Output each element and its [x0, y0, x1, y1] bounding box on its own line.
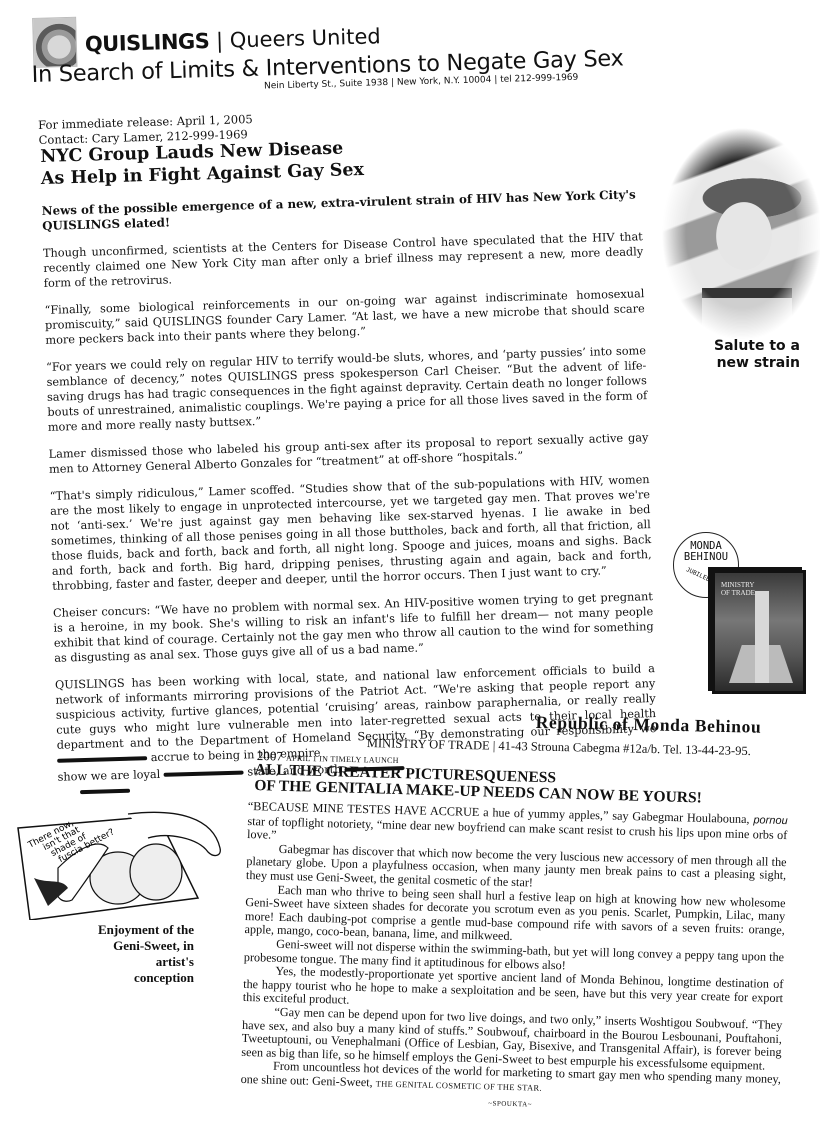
- press-release: NYC Group Lauds New Disease As Help in F…: [40, 129, 658, 794]
- paragraph: “Finally, some biological reinforcements…: [44, 286, 645, 348]
- geni-sweet-sketch-image: There now,isn't thatshade offuscia bette…: [8, 808, 223, 920]
- paragraph-text: QUISLINGS has been working with local, s…: [55, 662, 657, 752]
- paragraph: “For years we could rely on regular HIV …: [46, 343, 648, 435]
- torn-edge: [80, 789, 130, 794]
- torn-edge: [57, 756, 147, 763]
- paragraph: Though unconfirmed, scientists at the Ce…: [43, 229, 644, 291]
- letterhead: QUISLINGS | Queers United In Search of L…: [30, 0, 630, 14]
- title-separator: |: [216, 29, 224, 53]
- brand-name: QUISLINGS: [85, 29, 210, 56]
- poster-caption: MINISTRY OF TRADE: [721, 581, 755, 597]
- neckerchief: [702, 288, 792, 340]
- torn-fragment: show we are loyal: [57, 768, 160, 784]
- scout-caption: Salute to a new strain: [700, 338, 800, 371]
- sketch-caption: Enjoyment of the Geni-Sweet, in artist's…: [96, 922, 194, 986]
- ad-body: “BECAUSE MINE TESTES HAVE ACCRUE a hue o…: [240, 800, 788, 1119]
- paragraph: Lamer dismissed those who labeled his gr…: [48, 430, 649, 477]
- sketch-shape: [130, 844, 182, 900]
- org-name: Queers United: [229, 24, 381, 52]
- ad-italic-text: pornou: [753, 814, 788, 827]
- scout-salute-image: [662, 128, 820, 340]
- lead-paragraph: News of the possible emergence of a new,…: [42, 187, 643, 234]
- ministry-poster-image: MINISTRY OF TRADE: [712, 570, 806, 694]
- paragraph: “That's simply ridiculous,” Lamer scoffe…: [50, 472, 653, 594]
- paragraph: Cheiser concurs: “We have no problem wit…: [53, 589, 654, 666]
- poster-tower: [755, 591, 769, 683]
- letterhead-title: QUISLINGS | Queers United: [85, 24, 381, 56]
- torn-edge: [164, 771, 244, 777]
- ad-smallcaps-text: THE GENITAL COSMETIC OF THE STAR.: [376, 1078, 542, 1092]
